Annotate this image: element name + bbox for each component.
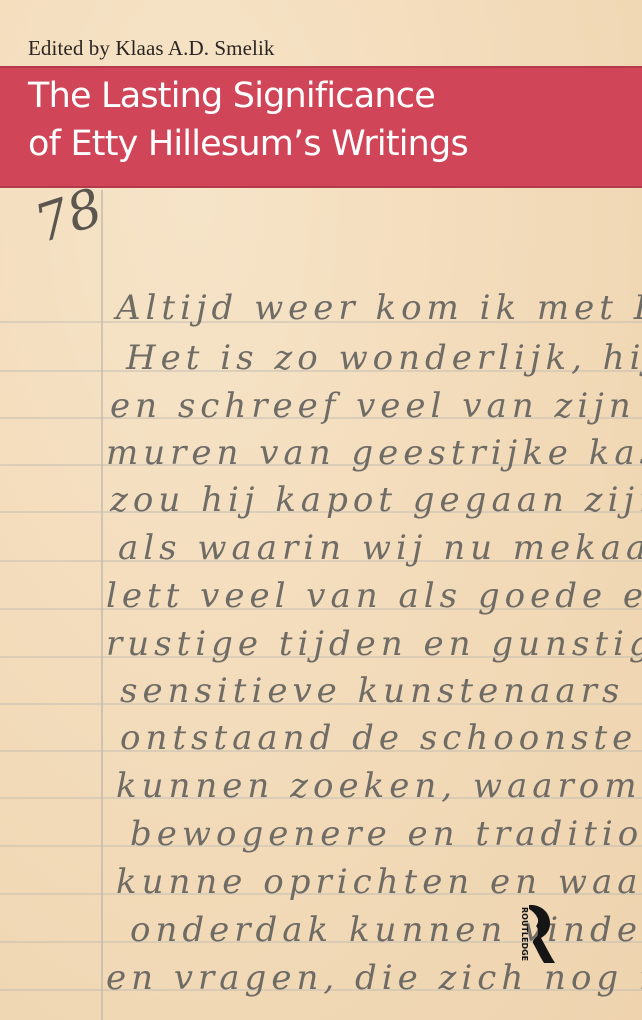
handwriting-line: onderdak kunnen vinden	[130, 910, 642, 950]
editor-credit: Edited by Klaas A.D. Smelik	[28, 36, 275, 61]
handwriting-line: en schreef veel van zijn wer	[110, 386, 642, 426]
handwriting-line: kunne oprichten en waar	[116, 862, 642, 902]
book-title-line-2: of Etty Hillesum’s Writings	[28, 124, 468, 164]
handwriting-line: muren van geestrijke kastele	[106, 433, 642, 473]
handwriting-line: kunnen zoeken, waarom	[116, 766, 641, 806]
handwriting-line: Altijd weer kom ik met Ri	[116, 288, 642, 328]
handwriting-line: als waarin wij nu mekaar l	[118, 528, 642, 568]
handwriting-line: sensitieve kunstenaars mo	[120, 671, 642, 711]
handwriting-line: lett veel van als goede econ	[106, 576, 642, 616]
handwriting-line: zou hij kapot gegaan zijn	[110, 480, 642, 520]
title-banner: The Lasting Significance of Etty Hillesu…	[0, 66, 642, 188]
handwriting-line: bewogenere en traditionelede	[130, 814, 642, 854]
handwriting-line: ontstaand de schoonste en f	[120, 718, 642, 758]
routledge-logo-icon	[517, 905, 557, 965]
handwriting-line: rustige tijden en gunstige an	[106, 624, 642, 664]
handwriting-line: en vragen, die zich nog mee	[106, 958, 642, 998]
handwriting-line: Het is zo wonderlijk, hij was	[126, 338, 642, 378]
book-title-line-1: The Lasting Significance	[28, 76, 435, 116]
book-cover: Edited by Klaas A.D. Smelik The Lasting …	[0, 0, 642, 1020]
